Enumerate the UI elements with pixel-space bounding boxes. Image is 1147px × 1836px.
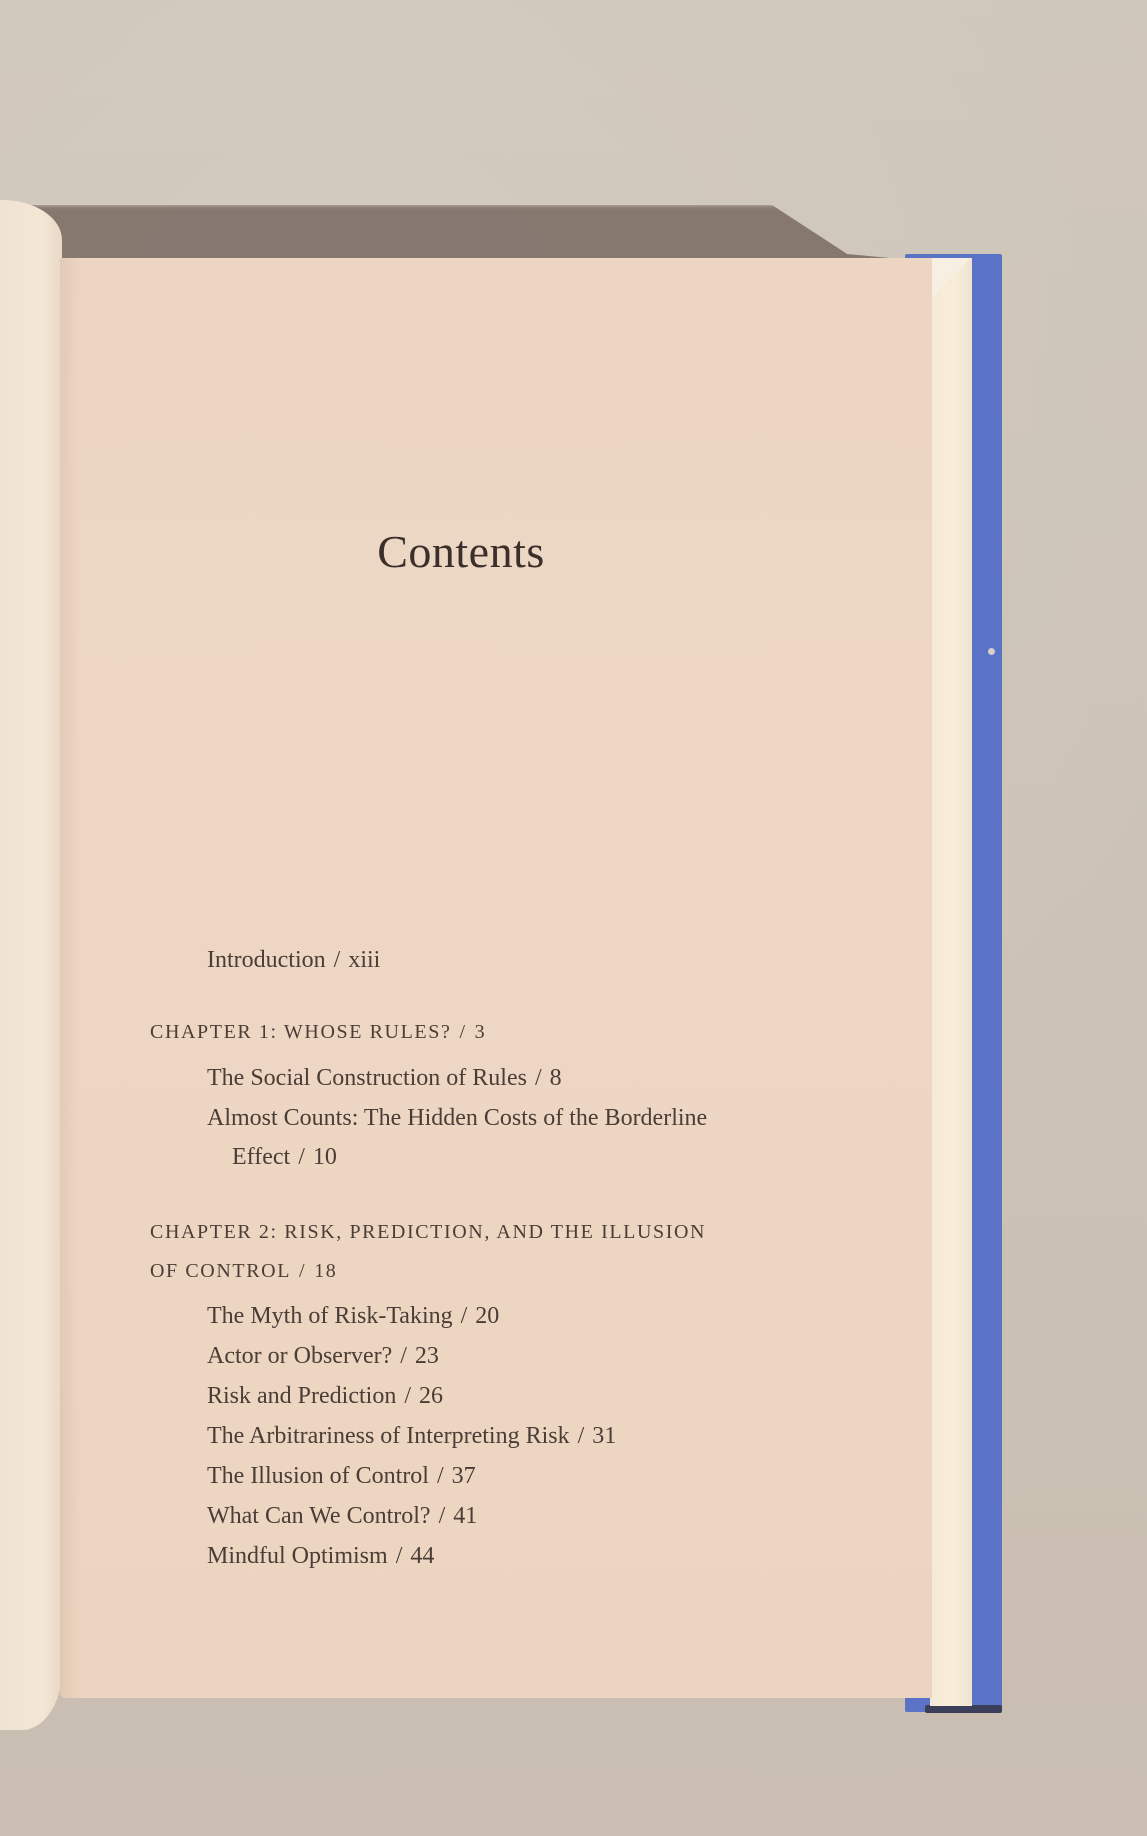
toc-entry: The Illusion of Control/37: [207, 1464, 476, 1488]
toc-entry-continuation: Effect/10: [232, 1145, 337, 1169]
left-page-edge: [0, 200, 62, 1730]
toc-entry-label: The Myth of Risk-Taking: [207, 1303, 453, 1329]
toc-entry-page: 23: [415, 1343, 439, 1369]
contents-page: [60, 258, 932, 1698]
toc-entry-page: 31: [592, 1423, 616, 1449]
toc-entry: The Arbitrariness of Interpreting Risk/3…: [207, 1424, 616, 1448]
toc-entry: Almost Counts: The Hidden Costs of the B…: [207, 1106, 707, 1130]
toc-separator: /: [437, 1463, 444, 1489]
toc-separator: /: [439, 1503, 446, 1529]
cover-spot: [988, 648, 995, 655]
toc-separator: /: [404, 1383, 411, 1409]
page-title: Contents: [0, 525, 922, 578]
toc-entry-page: xiii: [348, 947, 380, 973]
toc-entry: The Social Construction of Rules/8: [207, 1066, 562, 1090]
toc-entry-label: The Illusion of Control: [207, 1463, 429, 1489]
toc-entry-page: 41: [453, 1503, 477, 1529]
toc-entry-page: 44: [410, 1543, 434, 1569]
toc-separator: /: [298, 1144, 305, 1170]
toc-separator: /: [461, 1303, 468, 1329]
toc-entry-label: Actor or Observer?: [207, 1343, 392, 1369]
toc-entry-label: What Can We Control?: [207, 1503, 431, 1529]
toc-separator: /: [299, 1260, 306, 1282]
toc-entry-label: Effect: [232, 1144, 290, 1170]
toc-separator: /: [578, 1423, 585, 1449]
chapter-page: 18: [314, 1260, 337, 1282]
toc-entry: Actor or Observer?/23: [207, 1344, 439, 1368]
cover-bottom-edge: [925, 1705, 1002, 1713]
toc-entry-label: Risk and Prediction: [207, 1383, 396, 1409]
toc-separator: /: [535, 1065, 542, 1091]
toc-separator: /: [334, 947, 341, 973]
toc-entry-label: Introduction: [207, 947, 326, 973]
toc-chapter-2-heading-cont: OF CONTROL/18: [150, 1261, 337, 1281]
chapter-heading-text: CHAPTER 1: WHOSE RULES?: [150, 1021, 451, 1043]
toc-entry: Risk and Prediction/26: [207, 1384, 443, 1408]
toc-separator: /: [400, 1343, 407, 1369]
toc-entry-label: Mindful Optimism: [207, 1543, 388, 1569]
toc-entry-label: Almost Counts: The Hidden Costs of the B…: [207, 1105, 707, 1131]
toc-separator: /: [459, 1021, 466, 1043]
toc-entry-label: The Arbitrariness of Interpreting Risk: [207, 1423, 570, 1449]
chapter-page: 3: [475, 1021, 487, 1043]
toc-entry: The Myth of Risk-Taking/20: [207, 1304, 499, 1328]
toc-entry-page: 26: [419, 1383, 443, 1409]
toc-entry: Mindful Optimism/44: [207, 1544, 434, 1568]
toc-entry-page: 37: [452, 1463, 476, 1489]
toc-chapter-1-heading: CHAPTER 1: WHOSE RULES?/3: [150, 1022, 486, 1042]
chapter-heading-text: CHAPTER 2: RISK, PREDICTION, AND THE ILL…: [150, 1221, 706, 1243]
toc-entry-label: The Social Construction of Rules: [207, 1065, 527, 1091]
toc-entry-page: 20: [475, 1303, 499, 1329]
chapter-heading-text: OF CONTROL: [150, 1260, 291, 1282]
toc-separator: /: [396, 1543, 403, 1569]
toc-entry-page: 10: [313, 1144, 337, 1170]
toc-entry-page: 8: [550, 1065, 562, 1091]
toc-entry: What Can We Control?/41: [207, 1504, 477, 1528]
page-fore-edge: [930, 258, 972, 1706]
toc-entry-introduction: Introduction/xiii: [207, 948, 380, 972]
toc-chapter-2-heading: CHAPTER 2: RISK, PREDICTION, AND THE ILL…: [150, 1222, 706, 1242]
